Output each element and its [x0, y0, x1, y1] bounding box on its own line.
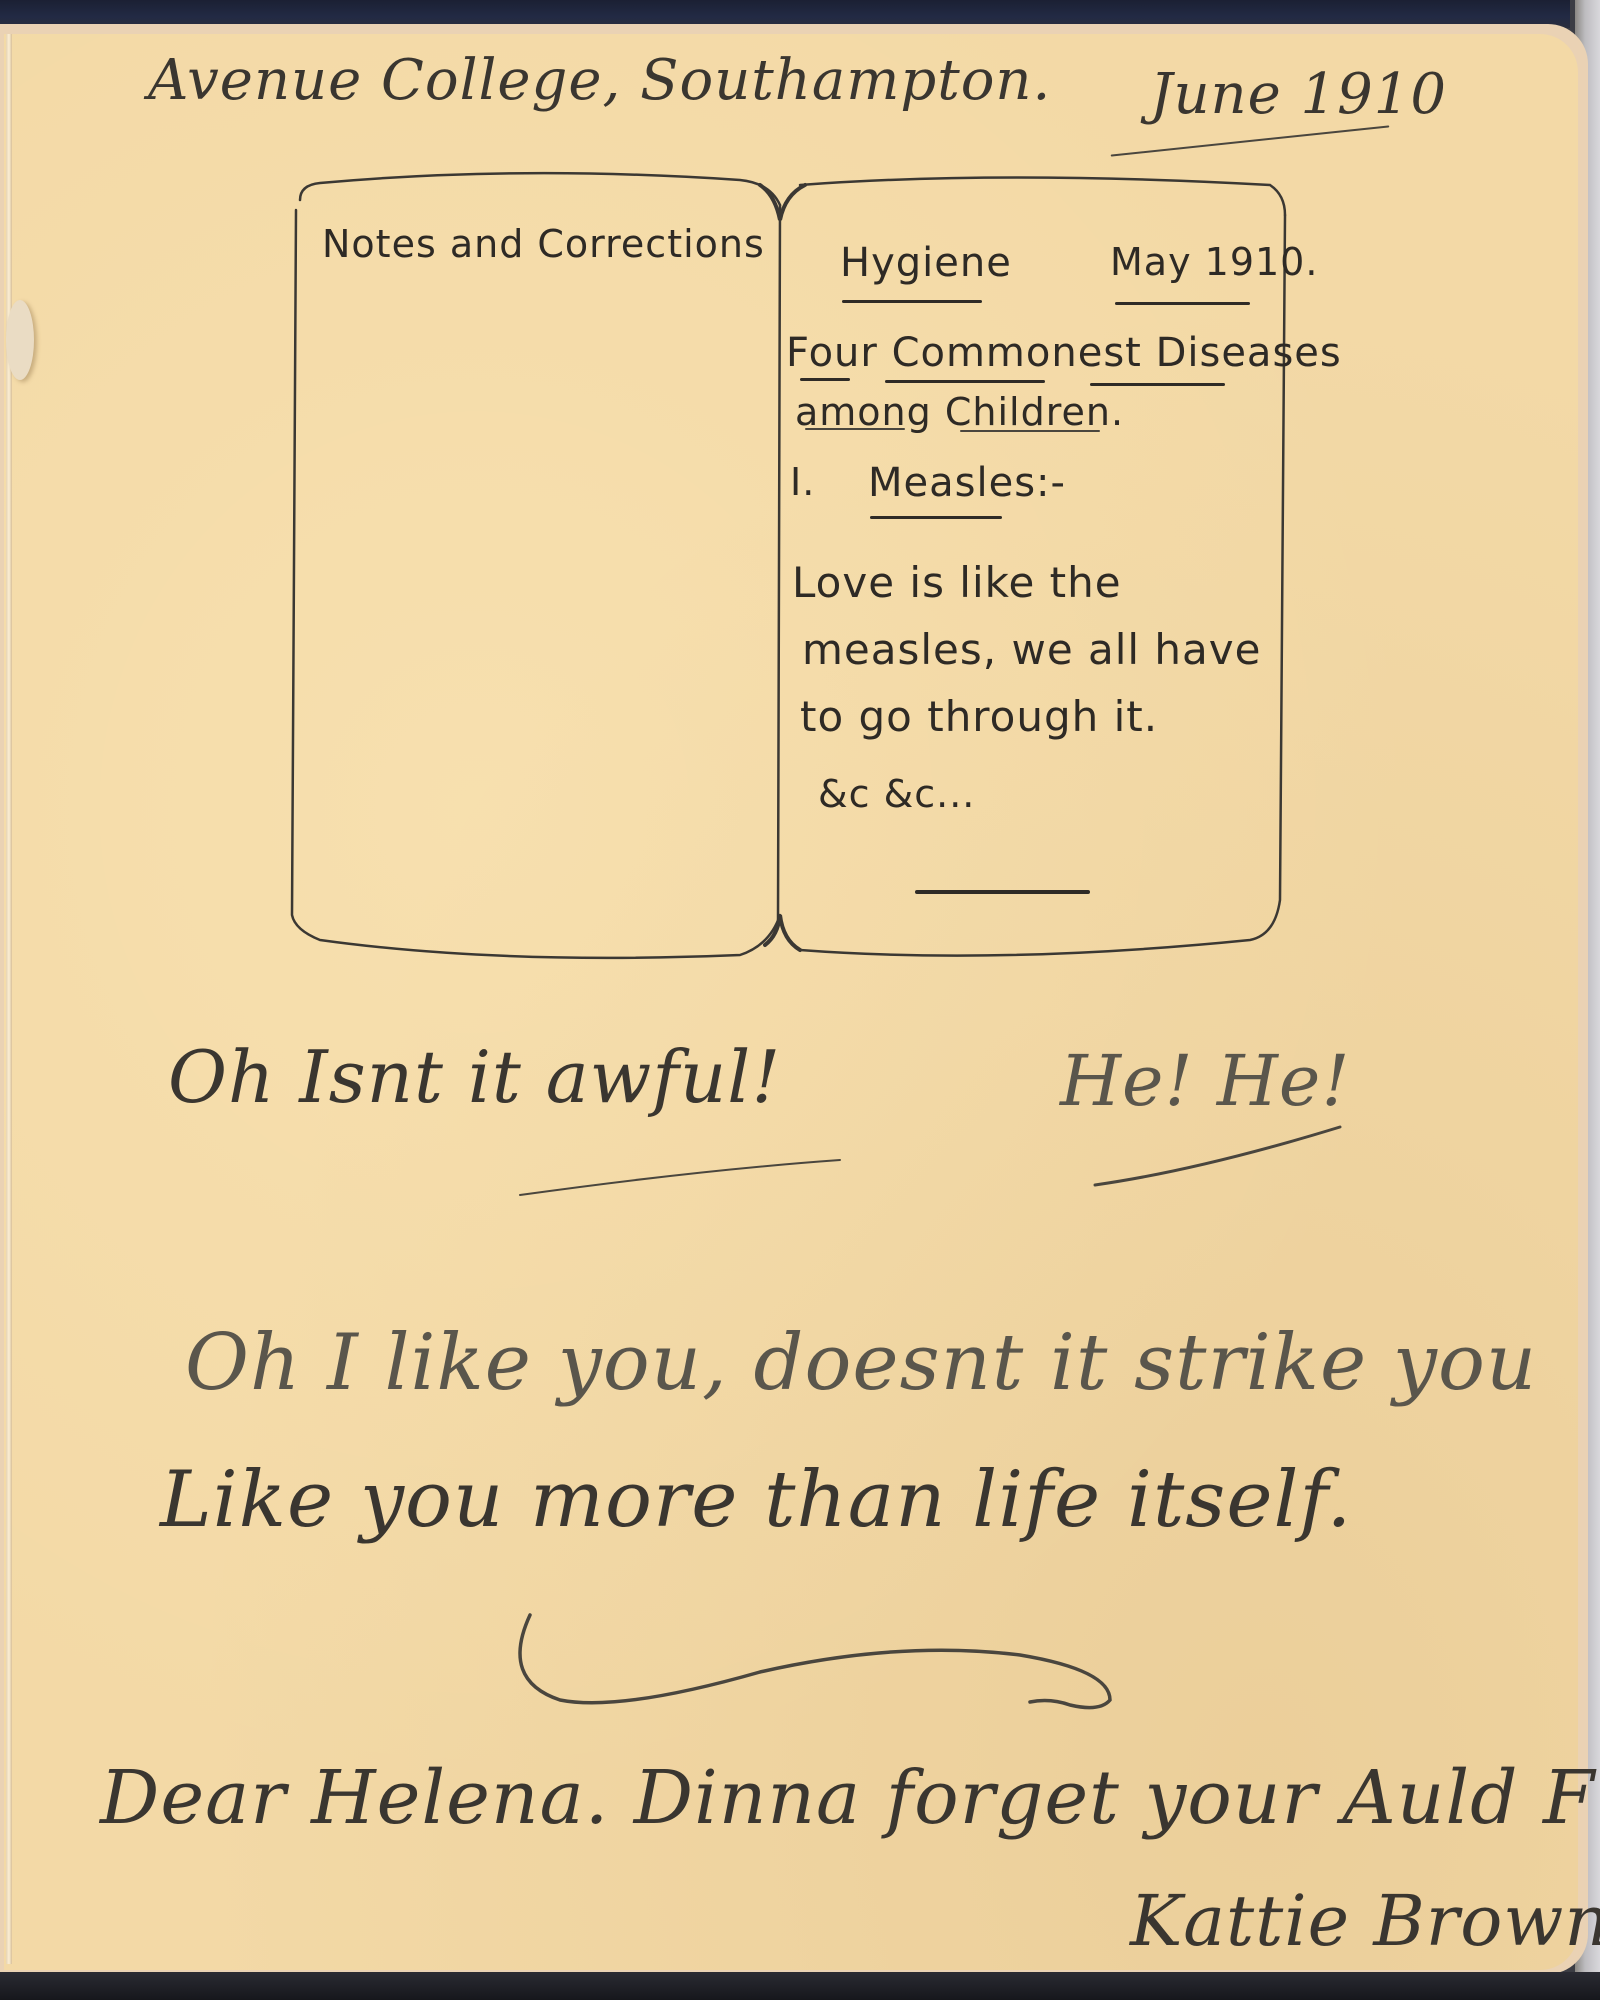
pen-flourishes	[0, 0, 1600, 2000]
ornamental-swash	[520, 1615, 1110, 1708]
signature: Kattie Brown	[1130, 1880, 1600, 1962]
underline-flourish-hehe	[1095, 1127, 1340, 1185]
closing-message: Dear Helena. Dinna forget your Auld Frie…	[100, 1755, 1600, 1841]
underline-flourish-awful	[520, 1160, 840, 1195]
